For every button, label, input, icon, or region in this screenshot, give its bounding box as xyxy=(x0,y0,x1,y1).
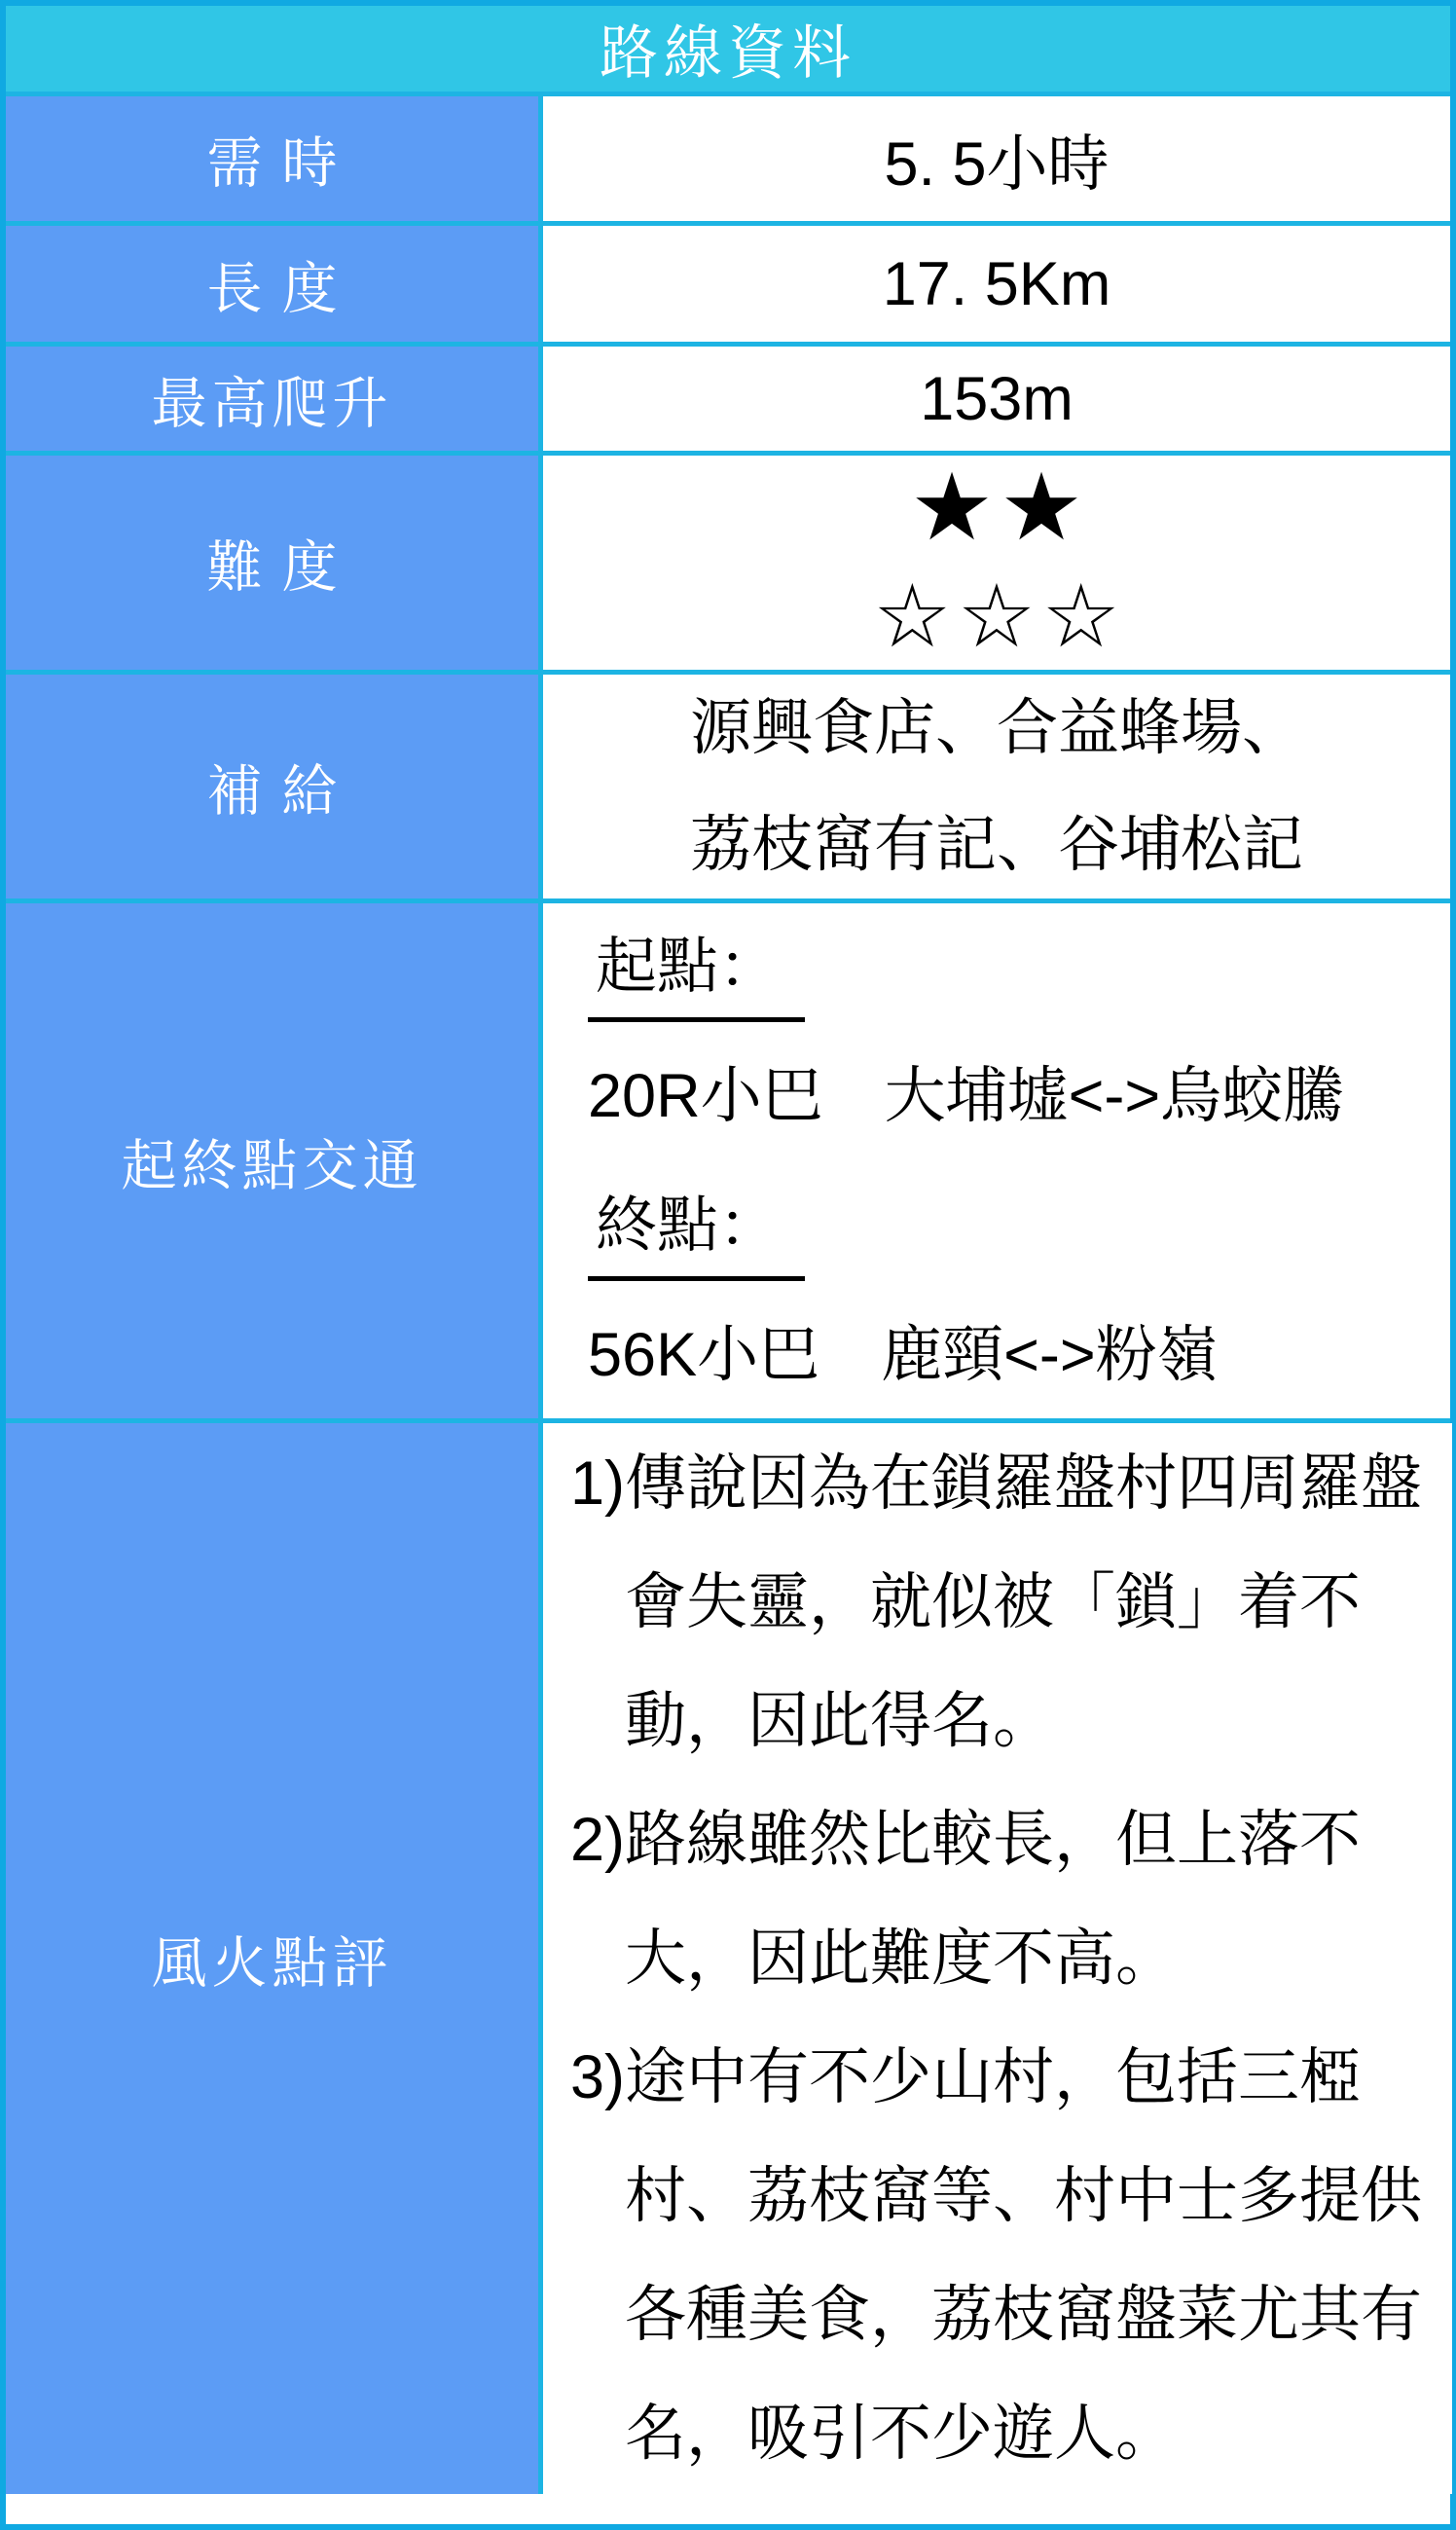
row-supplies: 補給 源興食店、合益蜂場、 荔枝窩有記、谷埔松記 xyxy=(6,670,1450,898)
max-climb-label: 最高爬升 xyxy=(6,347,543,451)
difficulty-value: ★★ ☆☆☆ xyxy=(543,456,1450,670)
supplies-label: 補給 xyxy=(6,675,543,898)
start-point-detail: 20R小巴 大埔墟<->烏蛟騰 xyxy=(588,1032,1344,1161)
filled-stars-icon: ★★ xyxy=(543,454,1450,563)
review-note-1: 1)傳說因為在鎖羅盤村四周羅盤會失靈，就似被「鎖」着不動，因此得名。 xyxy=(570,1424,1446,1780)
duration-label: 需時 xyxy=(6,96,543,221)
row-transport: 起終點交通 起點： 20R小巴 大埔墟<->烏蛟騰 終點： 56K小巴 鹿頸<-… xyxy=(6,898,1450,1418)
row-difficulty: 難度 ★★ ☆☆☆ xyxy=(6,451,1450,670)
route-info-table: 路線資料 需時 5. 5小時 長度 17. 5Km 最高爬升 153m 難度 ★… xyxy=(0,0,1456,2530)
review-note-1-text: 傳說因為在鎖羅盤村四周羅盤會失靈，就似被「鎖」着不動，因此得名。 xyxy=(625,1449,1422,1755)
outline-stars-icon: ☆☆☆ xyxy=(543,563,1450,672)
review-note-2: 2)路線雖然比較長，但上落不大，因此難度不高。 xyxy=(570,1780,1446,2018)
end-point-heading-text: 終點： xyxy=(588,1176,805,1281)
max-climb-value: 153m xyxy=(543,347,1450,451)
supplies-line-2: 荔枝窩有記、谷埔松記 xyxy=(690,787,1303,903)
row-max-climb: 最高爬升 153m xyxy=(6,342,1450,451)
row-review: 風火點評 1)傳說因為在鎖羅盤村四周羅盤會失靈，就似被「鎖」着不動，因此得名。 … xyxy=(6,1418,1450,2494)
review-note-3-num: 3) xyxy=(570,2043,625,2111)
length-label: 長度 xyxy=(6,226,543,342)
supplies-line-1: 源興食店、合益蜂場、 xyxy=(690,670,1303,787)
table-title: 路線資料 xyxy=(6,6,1450,96)
difficulty-label: 難度 xyxy=(6,456,543,670)
review-note-3-text: 途中有不少山村，包括三椏村、荔枝窩等、村中士多提供各種美食，荔枝窩盤菜尤其有名，… xyxy=(625,2043,1422,2468)
row-length: 長度 17. 5Km xyxy=(6,221,1450,342)
start-point-heading-text: 起點： xyxy=(588,917,805,1022)
row-duration: 需時 5. 5小時 xyxy=(6,96,1450,221)
review-label: 風火點評 xyxy=(6,1423,543,2494)
length-value: 17. 5Km xyxy=(543,226,1450,342)
review-note-1-num: 1) xyxy=(570,1449,625,1518)
end-point-detail: 56K小巴 鹿頸<->粉嶺 xyxy=(588,1291,1219,1420)
supplies-value: 源興食店、合益蜂場、 荔枝窩有記、谷埔松記 xyxy=(543,675,1450,898)
start-point-heading: 起點： xyxy=(588,902,805,1032)
end-point-heading: 終點： xyxy=(588,1161,805,1291)
review-note-2-num: 2) xyxy=(570,1806,625,1874)
review-note-2-text: 路線雖然比較長，但上落不大，因此難度不高。 xyxy=(625,1806,1361,1993)
transport-value: 起點： 20R小巴 大埔墟<->烏蛟騰 終點： 56K小巴 鹿頸<->粉嶺 xyxy=(543,903,1450,1418)
review-list: 1)傳說因為在鎖羅盤村四周羅盤會失靈，就似被「鎖」着不動，因此得名。 2)路線雖… xyxy=(570,1424,1446,2493)
duration-value: 5. 5小時 xyxy=(543,96,1450,221)
review-note-3: 3)途中有不少山村，包括三椏村、荔枝窩等、村中士多提供各種美食，荔枝窩盤菜尤其有… xyxy=(570,2018,1446,2493)
review-value: 1)傳說因為在鎖羅盤村四周羅盤會失靈，就似被「鎖」着不動，因此得名。 2)路線雖… xyxy=(543,1423,1452,2494)
transport-label: 起終點交通 xyxy=(6,903,543,1418)
